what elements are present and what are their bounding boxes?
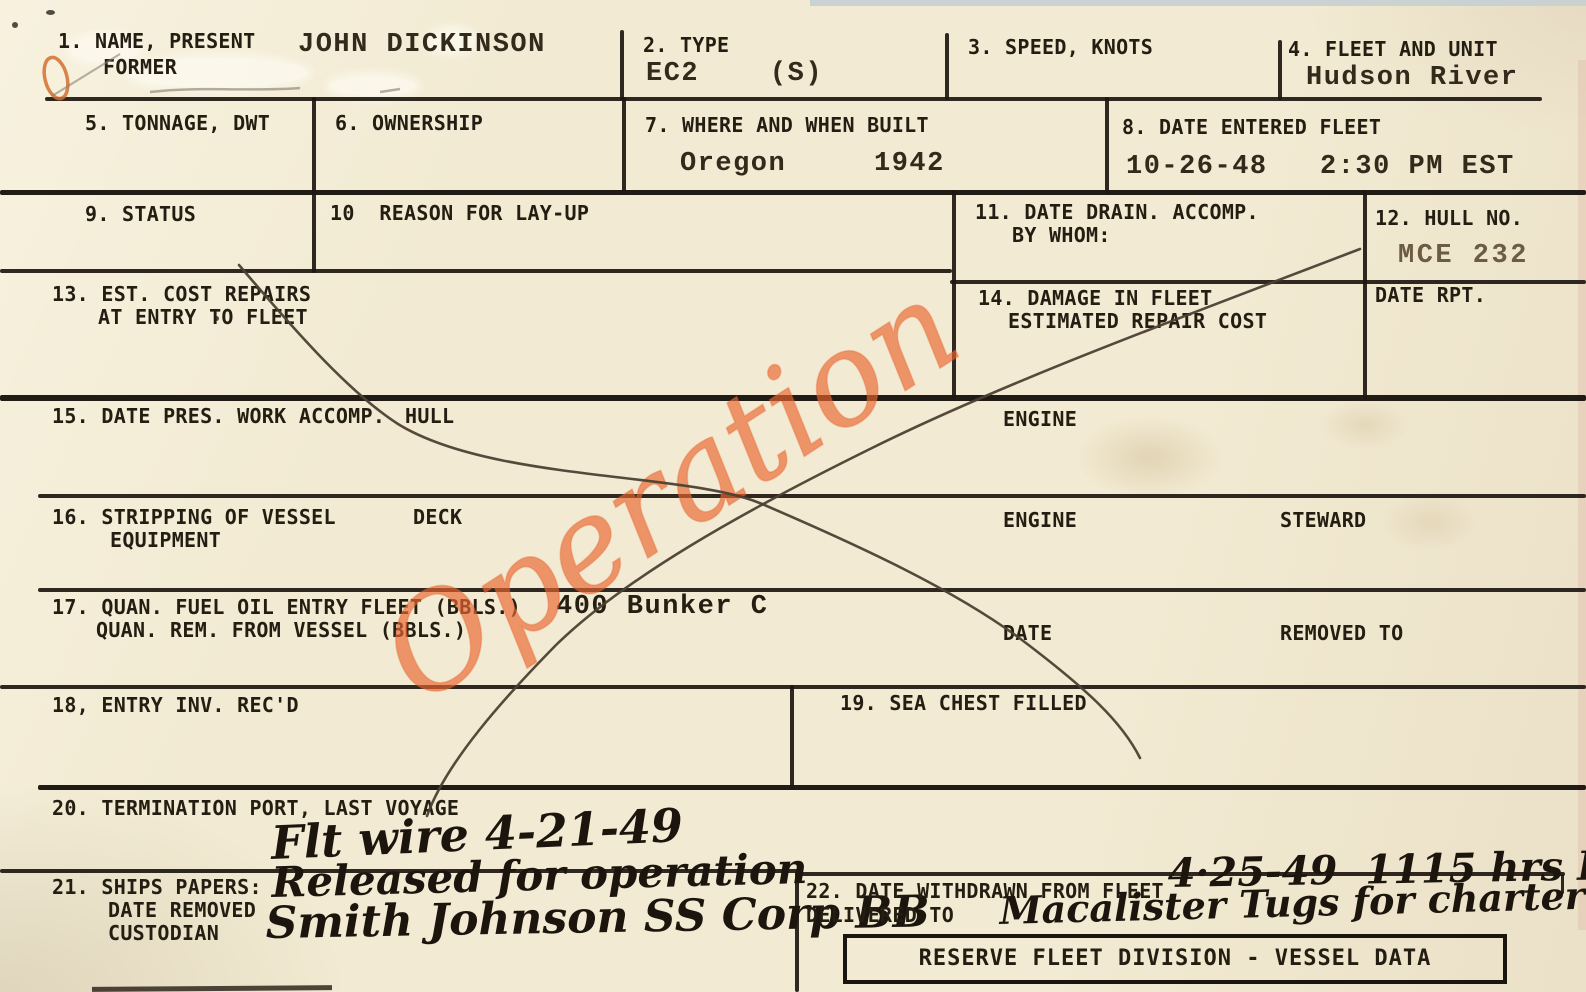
field-9-label: 9. STATUS (85, 203, 196, 227)
crossout-stroke-right (427, 249, 1360, 816)
grid-line (312, 190, 316, 273)
grid-line (38, 785, 1586, 790)
field-14-date-rpt-label: DATE RPT. (1375, 284, 1486, 308)
field-3-label: 3. SPEED, KNOTS (968, 36, 1153, 60)
grid-line (950, 280, 1586, 284)
field-17-removed-to-label: REMOVED TO (1280, 622, 1403, 646)
orange-check-mark (40, 55, 72, 101)
grid-line (790, 685, 794, 788)
paper-stain (1380, 492, 1480, 552)
field-16-engine-label: ENGINE (1003, 509, 1077, 533)
field-7-place: Oregon (680, 150, 786, 180)
field-7-year: 1942 (874, 150, 945, 180)
field-6-label: 6. OWNERSHIP (335, 112, 483, 136)
field-7-label: 7. WHERE AND WHEN BUILT (645, 114, 929, 138)
card-title-box: RESERVE FLEET DIVISION - VESSEL DATA (843, 934, 1507, 984)
grid-line (38, 588, 1586, 592)
operation-stamp-handwriting: Operation (356, 252, 984, 732)
grid-line (1278, 40, 1282, 100)
field-17-date-label: DATE (1003, 622, 1052, 646)
grid-line (622, 97, 626, 194)
field-4-label: 4. FLEET AND UNIT (1288, 38, 1498, 62)
field-14-label: 14. DAMAGE IN FLEET (978, 287, 1212, 311)
field-16-steward-label: STEWARD (1280, 509, 1366, 533)
paper-stain (1075, 415, 1225, 500)
vessel-data-card: 1. NAME, PRESENT FORMER JOHN DICKINSON 2… (0, 0, 1586, 992)
field-17-value: 400 Bunker C (556, 593, 768, 623)
grid-line (1105, 97, 1109, 194)
field-15-engine-label: ENGINE (1003, 408, 1077, 432)
field-16-label: 16. STRIPPING OF VESSEL (52, 506, 336, 530)
field-11-sublabel: BY WHOM: (1012, 224, 1111, 248)
field-13-sublabel: AT ENTRY TO FLEET (98, 306, 308, 330)
grid-line (0, 190, 1586, 195)
field-19-label: 19. SEA CHEST FILLED (840, 692, 1087, 716)
field-5-label: 5. TONNAGE, DWT (85, 112, 270, 136)
ink-speck (12, 22, 18, 28)
whiteout-patch (330, 76, 416, 96)
field-2-value: EC2 (S) (646, 60, 823, 90)
field-18-label: 18, ENTRY INV. REC'D (52, 694, 299, 718)
grid-line (0, 269, 952, 273)
field-1-value: JOHN DICKINSON (298, 31, 546, 61)
field-11-label: 11. DATE DRAIN. ACCOMP. (975, 201, 1259, 225)
grid-line (0, 395, 1586, 401)
grid-line (1363, 190, 1367, 399)
grid-line (312, 97, 316, 194)
field-10-label: 10 REASON FOR LAY-UP (330, 202, 589, 226)
field-4-value: Hudson River (1306, 64, 1518, 94)
field-21-label: 21. SHIPS PAPERS: (52, 876, 262, 900)
field-21-sublabel-date-removed: DATE REMOVED (108, 899, 256, 923)
field-8-time: 2:30 PM EST (1320, 153, 1515, 183)
field-15-hull-label: HULL (405, 405, 454, 429)
scan-edge-top (810, 0, 1586, 6)
field-15-label: 15. DATE PRES. WORK ACCOMP. (52, 405, 385, 429)
grid-line (38, 494, 1586, 498)
field-8-label: 8. DATE ENTERED FLEET (1122, 116, 1381, 140)
scan-edge-bottom-left (92, 985, 332, 992)
grid-line (952, 190, 956, 399)
field-8-date: 10-26-48 (1126, 153, 1268, 183)
field-17-label: 17. QUAN. FUEL OIL ENTRY FLEET (BBLS.) (52, 596, 521, 620)
field-22-delivered-label: DELIVERED TO (806, 904, 954, 928)
field-13-label: 13. EST. COST REPAIRS (52, 283, 311, 307)
field-2-label: 2. TYPE (643, 34, 729, 58)
grid-line (945, 33, 949, 100)
field-12-value: MCE 232 (1398, 242, 1529, 272)
field-16-deck-label: DECK (413, 506, 462, 530)
field-12-label: 12. HULL NO. (1375, 207, 1523, 231)
paper-stain (1320, 400, 1410, 450)
grid-line (620, 30, 624, 100)
ink-speck (46, 10, 55, 15)
grid-line (45, 97, 1542, 101)
field-1-label: 1. NAME, PRESENT (58, 30, 255, 54)
field-1-sublabel: FORMER (103, 56, 177, 80)
card-title: RESERVE FLEET DIVISION - VESSEL DATA (919, 948, 1432, 970)
field-17-sublabel: QUAN. REM. FROM VESSEL (BBLS.) (96, 619, 466, 643)
field-21-sublabel-custodian: CUSTODIAN (108, 922, 219, 946)
field-14-sublabel: ESTIMATED REPAIR COST (1008, 310, 1267, 334)
field-16-sublabel: EQUIPMENT (110, 529, 221, 553)
